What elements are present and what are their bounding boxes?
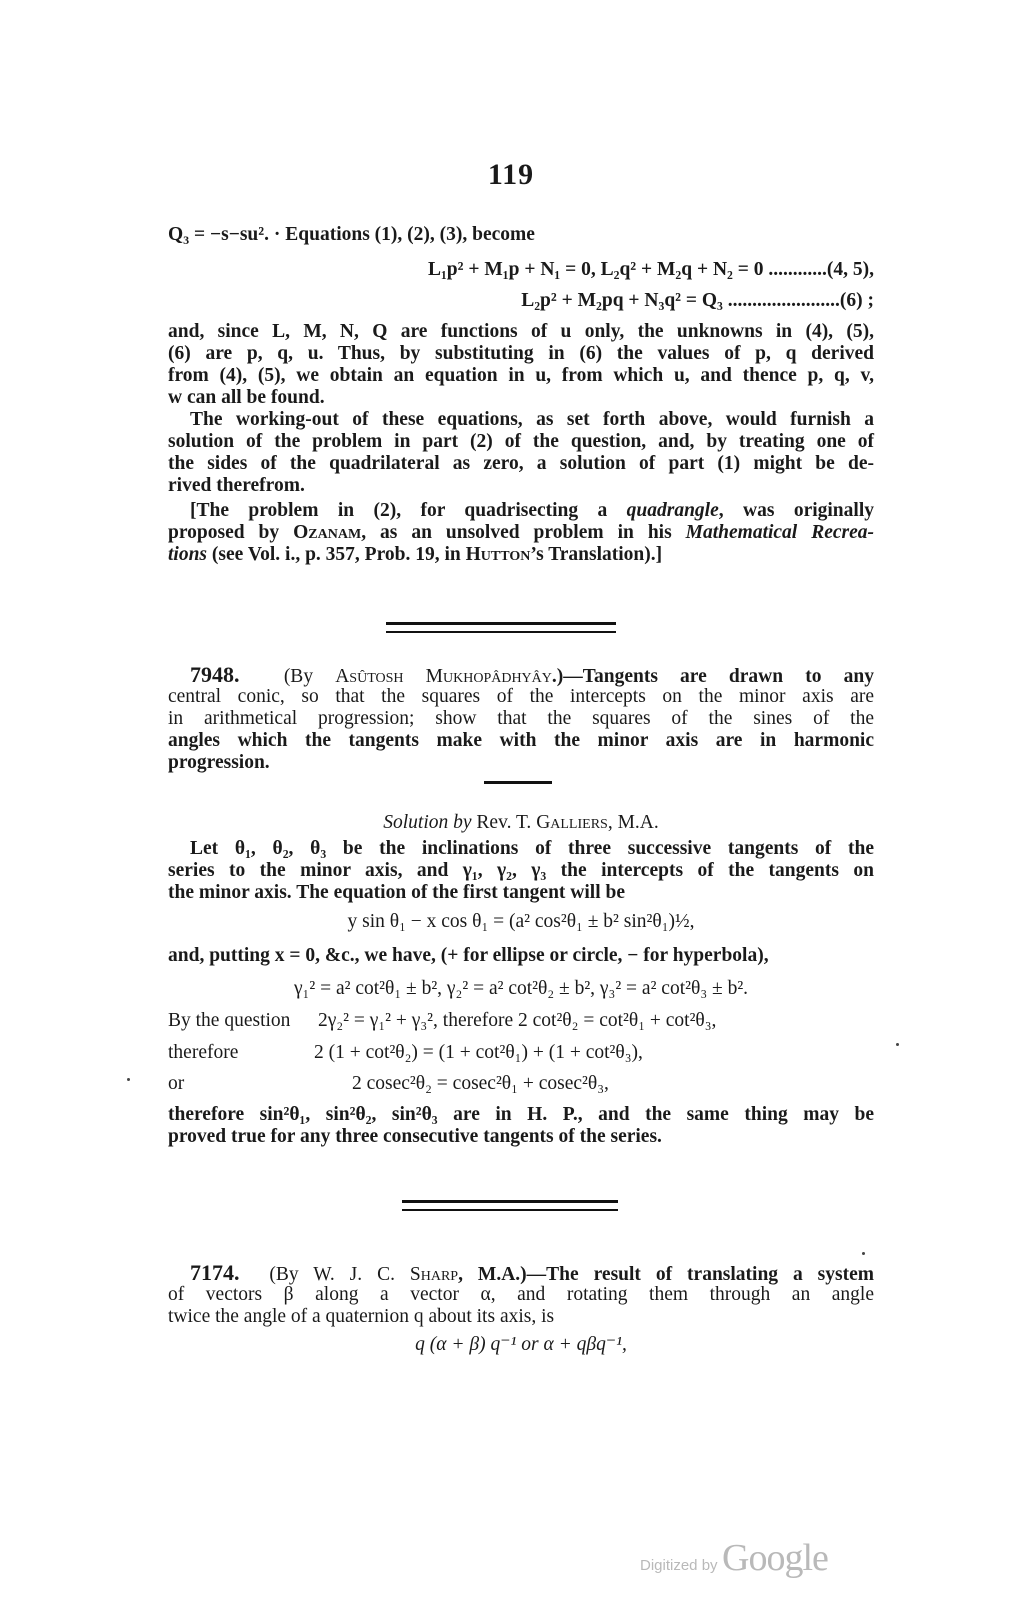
note-smallcaps: Hutton (466, 544, 531, 565)
scan-speck (862, 1252, 865, 1255)
conclusion-line: therefore sin²θ₁, sin²θ₂, sin²θ₃ are in … (168, 1104, 874, 1126)
para2-line: the sides of the quadrilateral as zero, … (168, 453, 874, 475)
author-prefix: (By W. J. C. (269, 1264, 410, 1285)
para2-line: solution of the problem in part (2) of t… (168, 431, 874, 453)
note-text: [The problem in (2), for quadrisecting a (190, 500, 627, 521)
or-label: or (168, 1073, 184, 1094)
note-text: proposed by (168, 522, 293, 543)
note-text: , as an unsolved problem in his (361, 522, 685, 543)
section-divider (402, 1200, 618, 1211)
problem-7948-header: 7948. (By Asûtosh Mukhopâdhyây.)—Tangent… (168, 664, 874, 688)
google-logo: Google (722, 1537, 828, 1579)
note-italic: Mathematical Recrea- (686, 522, 874, 543)
conclusion-line: proved true for any three consecutive ta… (168, 1126, 874, 1148)
watermark-digitized-label: Digitized by (640, 1557, 718, 1574)
note-text: , was originally (719, 500, 874, 521)
para1-line: (6) are p, q, u. Thus, by substituting i… (168, 343, 874, 365)
page-number: 119 (0, 158, 1022, 192)
or-equation: 2 cosec²θ₂ = cosec²θ₁ + cosec²θ₃, (352, 1073, 609, 1095)
equation-4-5: L₁p² + M₁p + N₁ = 0, L₂q² + M₂q + N₂ = 0… (290, 259, 874, 281)
para1-line: w can all be found. (168, 387, 874, 409)
problem-number: 7948. (190, 662, 240, 687)
quaternion-equation: q (α + β) q⁻¹ or α + qβq⁻¹, (168, 1334, 874, 1356)
problem-line: central conic, so that the squares of th… (168, 686, 874, 708)
by-question-equation: 2γ₂² = γ₁² + γ₃², therefore 2 cot²θ₂ = c… (318, 1010, 716, 1032)
equation-6: L₂p² + M₂pq + N₃q² = Q₃ ................… (378, 290, 874, 312)
solution-author-title: Rev. T. (472, 812, 537, 833)
scanned-page: 119 Q3 = −s−su². · Equations (1), (2), (… (0, 0, 1022, 1610)
short-divider (484, 781, 552, 784)
or-line: or 2 cosec²θ₂ = cosec²θ₁ + cosec²θ₃, (168, 1073, 874, 1095)
putting-x-line: and, putting x = 0, &c., we have, (+ for… (168, 945, 874, 967)
para1-line: and, since L, M, N, Q are functions of u… (168, 321, 874, 343)
scan-speck (896, 1043, 899, 1046)
tangent-equation: y sin θ₁ − x cos θ₁ = (a² cos²θ₁ ± b² si… (168, 911, 874, 933)
solution-line: series to the minor axis, and γ₁, γ₂, γ₃… (168, 860, 874, 882)
problem-line: progression. (168, 752, 874, 774)
by-question-line: By the question 2γ₂² = γ₁² + γ₃², theref… (168, 1010, 874, 1032)
section-divider (386, 622, 616, 633)
para2-line: rived therefrom. (168, 475, 874, 497)
note-text: (see Vol. i., p. 357, Prob. 19, in (207, 544, 466, 565)
solution-author-name: Galliers (536, 812, 608, 833)
note-text: ’s Translation).] (530, 544, 662, 565)
continuation-first-line: Q3 = −s−su². · Equations (1), (2), (3), … (168, 224, 874, 246)
continuation-text: = −s−su². · Equations (1), (2), (3), bec… (189, 224, 535, 245)
scan-speck (127, 1078, 130, 1081)
para1-line: from (4), (5), we obtain an equation in … (168, 365, 874, 387)
problem-line: of vectors β along a vector α, and rotat… (168, 1284, 874, 1306)
editor-note-line: proposed by Ozanam, as an unsolved probl… (168, 522, 874, 544)
note-smallcaps: Ozanam (293, 522, 361, 543)
problem-text: .)—Tangents are drawn to any (552, 666, 874, 687)
problem-line: in arithmetical progression; show that t… (168, 708, 874, 730)
editor-note-line: [The problem in (2), for quadrisecting a… (168, 500, 874, 522)
therefore-label: therefore (168, 1042, 238, 1063)
author-prefix: (By (284, 666, 335, 687)
solution-line: Let θ₁, θ₂, θ₃ be the inclinations of th… (168, 838, 874, 860)
problem-7174-header: 7174. (By W. J. C. Sharp, M.A.)—The resu… (168, 1262, 874, 1286)
solution-heading: Solution by Rev. T. Galliers, M.A. (168, 812, 874, 834)
by-question-label: By the question (168, 1010, 290, 1031)
gamma-equations: γ₁² = a² cot²θ₁ ± b², γ₂² = a² cot²θ₂ ± … (168, 978, 874, 1000)
therefore-line: therefore 2 (1 + cot²θ₂) = (1 + cot²θ₁) … (168, 1042, 874, 1064)
problem-line: twice the angle of a quaternion q about … (168, 1306, 874, 1328)
problem-line: angles which the tangents make with the … (168, 730, 874, 752)
note-italic: tions (168, 544, 207, 565)
author-name: Asûtosh Mukhopâdhyây (335, 666, 552, 687)
problem-text: , M.A.)—The result of translating a syst… (458, 1264, 874, 1285)
q3-symbol: Q (168, 224, 183, 245)
solution-line: the minor axis. The equation of the firs… (168, 882, 874, 904)
editor-note-line: tions (see Vol. i., p. 357, Prob. 19, in… (168, 544, 874, 566)
therefore-equation: 2 (1 + cot²θ₂) = (1 + cot²θ₁) + (1 + cot… (314, 1042, 643, 1064)
note-italic: quadrangle (627, 500, 719, 521)
author-name: Sharp (410, 1264, 458, 1285)
problem-number: 7174. (190, 1260, 240, 1285)
solution-by-label: Solution by (383, 812, 471, 833)
para2-line: The working-out of these equations, as s… (168, 409, 874, 431)
google-watermark: Digitized by Google (640, 1536, 828, 1580)
solution-author-degree: , M.A. (608, 812, 659, 833)
